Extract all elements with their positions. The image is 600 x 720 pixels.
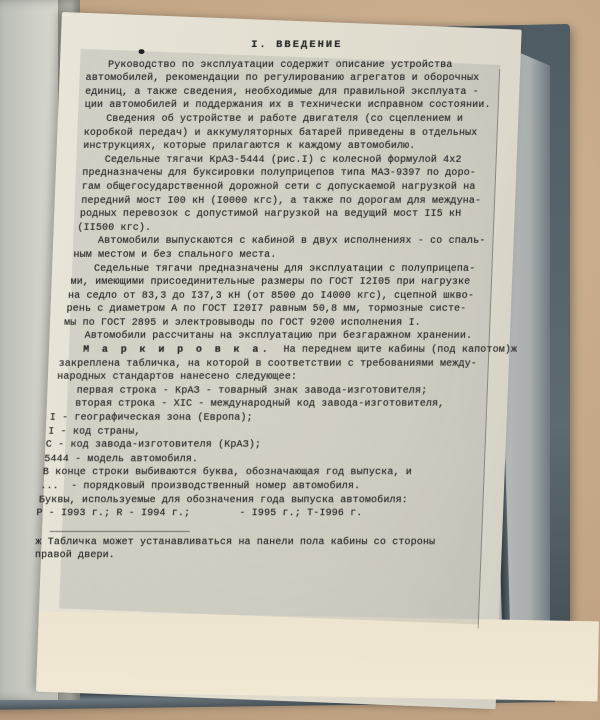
footnote-line: правой двери. — [35, 549, 489, 563]
text-line: вторая строка - XIC - международный код … — [53, 398, 494, 412]
text-line: Буквы, используемые для обозначения года… — [39, 494, 491, 508]
text-line: автомобилей, рекомендации по регулирован… — [85, 72, 505, 86]
text-line: на седло от 83,3 до I37,3 кН (от 8500 до… — [68, 290, 498, 304]
text-line: I - код страны, — [48, 426, 493, 440]
section-heading: I. ВВЕДЕНИЕ — [87, 39, 507, 53]
text-line: Седельные тягачи предназначены для экспл… — [72, 262, 499, 276]
text-line: В конце строки выбиваются буква, обознач… — [43, 466, 492, 480]
text-line: народных стандартов нанесено следующее: — [57, 371, 495, 385]
text-line: Автомобили выпускаются с кабиной в двух … — [76, 235, 500, 249]
text-line: предназначены для буксировки полуприцепо… — [82, 167, 502, 181]
text-line: единиц, а также сведения, необходимые дл… — [85, 86, 505, 100]
text-line: инструкциях, которые прилагаются к каждо… — [83, 140, 503, 154]
text-line: первая строка - КрАЗ - товарный знак зав… — [54, 385, 494, 399]
text-line: 5444 - модель автомобиля. — [44, 453, 492, 467]
text-line: ции автомобилей и поддержания их в техни… — [84, 99, 504, 113]
text-line: М а р к и р о в к а. На переднем щите ка… — [61, 344, 496, 358]
text-line: коробкой передач) и аккумуляторных батар… — [83, 127, 503, 141]
text-line: (II500 кгс). — [77, 222, 500, 236]
footnote: ж Табличка может устанавливаться на пане… — [69, 536, 490, 563]
text-line: гам общегосударственной дорожной сети с … — [82, 181, 502, 195]
document-page: I. ВВЕДЕНИЕ Руководство по эксплуатации … — [36, 12, 522, 709]
text-line: Седельные тягачи КрАЗ-5444 (рис.I) с кол… — [83, 154, 503, 168]
text-line: I - географическая зона (Европа); — [49, 412, 493, 426]
marking-text: На переднем щите кабины (под капотом)ж — [271, 345, 517, 356]
text-line: Автомобили рассчитаны на эксплуатацию пр… — [62, 330, 496, 344]
text-line: C - код завода-изготовителя (КрАЗ); — [46, 439, 493, 453]
footnote-line: ж Табличка может устанавливаться на пане… — [35, 536, 489, 550]
text-line: ... - порядковый производственный номер … — [40, 480, 491, 494]
marking-term: М а р к и р о в к а. — [83, 345, 271, 356]
text-line: передний мост I00 кН (I0000 кгс), а такж… — [81, 195, 501, 209]
body-lines: Руководство по эксплуатации содержит опи… — [70, 59, 506, 521]
page-bottom-margin — [38, 612, 599, 702]
text-line: мы по ГОСТ 2895 и электровыводы по ГОСТ … — [64, 317, 497, 331]
text-line: закреплена табличка, на которой в соотве… — [58, 358, 495, 372]
text-line: P - I993 г.; R - I994 г.; - I995 г.; T-I… — [36, 507, 490, 521]
text-line: рень с диаметром А по ГОСТ I20I7 равным … — [66, 303, 497, 317]
document-text: I. ВВЕДЕНИЕ Руководство по эксплуатации … — [69, 39, 507, 563]
text-line: ми, имеющими присоединительные размеры п… — [70, 276, 498, 290]
text-line: Руководство по эксплуатации содержит опи… — [86, 59, 506, 73]
footnote-divider — [50, 531, 190, 532]
text-line: родных перевозок с допустимой нагрузкой … — [80, 208, 501, 222]
text-line: Сведения об устройстве и работе двигател… — [84, 113, 504, 127]
text-line: ным местом и без спального места. — [73, 249, 499, 263]
